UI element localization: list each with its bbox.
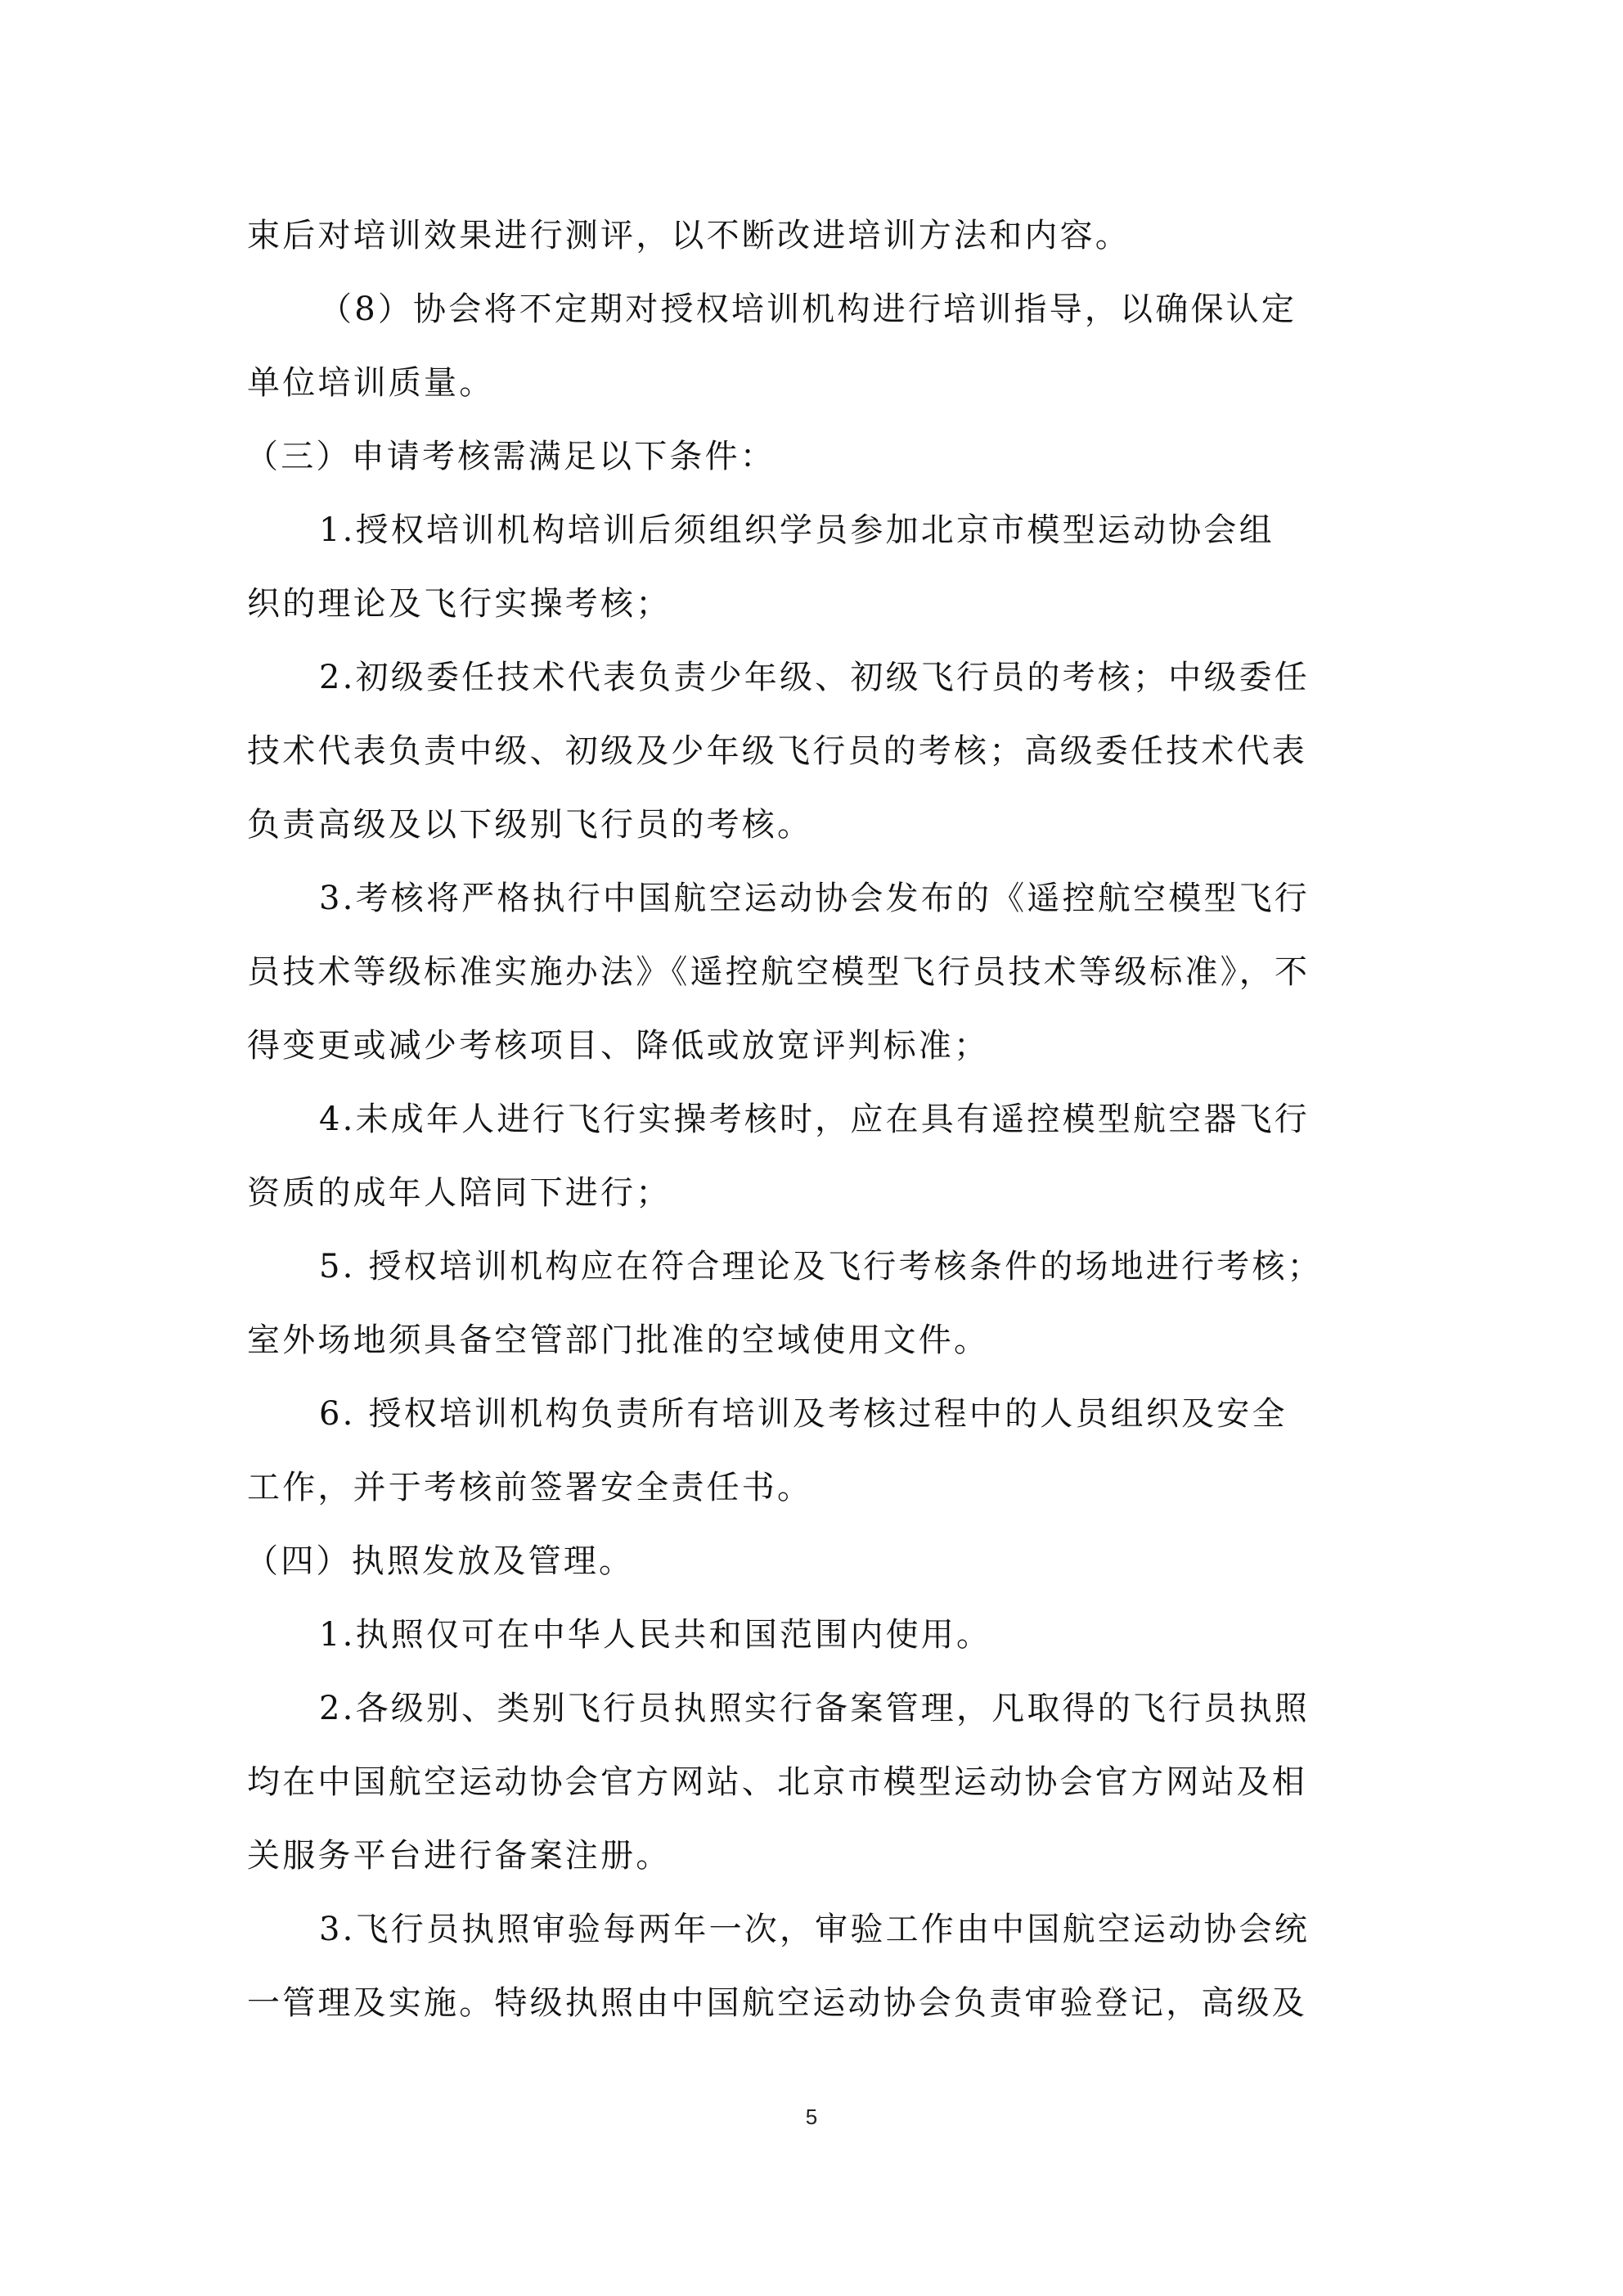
paragraph-line: 6. 授权培训机构负责所有培训及考核过程中的人员组织及安全	[319, 1389, 1392, 1438]
paragraph-line: 3.考核将严格执行中国航空运动协会发布的《遥控航空模型飞行	[319, 874, 1392, 923]
paragraph-line: 关服务平台进行备案注册。	[247, 1831, 1392, 1880]
paragraph-line: 技术代表负责中级、初级及少年级飞行员的考核；高级委任技术代表	[247, 727, 1392, 776]
paragraph-line: 工作，并于考核前签署安全责任书。	[247, 1463, 1392, 1512]
paragraph-line: 1.执照仅可在中华人民共和国范围内使用。	[319, 1610, 1392, 1659]
paragraph-line: （8）协会将不定期对授权培训机构进行培训指导，以确保认定	[319, 285, 1392, 334]
paragraph-line: 室外场地须具备空管部门批准的空域使用文件。	[247, 1316, 1392, 1365]
paragraph-line: 员技术等级标准实施办法》《遥控航空模型飞行员技术等级标准》，不	[247, 948, 1392, 997]
paragraph-line: 束后对培训效果进行测评，以不断改进培训方法和内容。	[247, 211, 1392, 260]
paragraph-line: 1.授权培训机构培训后须组织学员参加北京市模型运动协会组	[319, 506, 1392, 555]
page-number: 5	[0, 2105, 1623, 2129]
section-heading: （三）申请考核需满足以下条件：	[245, 432, 1391, 481]
paragraph-line: 均在中国航空运动协会官方网站、北京市模型运动协会官方网站及相	[247, 1758, 1392, 1807]
paragraph-line: 负责高级及以下级别飞行员的考核。	[247, 800, 1392, 849]
paragraph-line: 2.各级别、类别飞行员执照实行备案管理，凡取得的飞行员执照	[319, 1684, 1392, 1733]
paragraph-line: 3.飞行员执照审验每两年一次，审验工作由中国航空运动协会统	[319, 1905, 1392, 1954]
paragraph-line: 单位培训质量。	[247, 358, 1392, 407]
section-heading: （四）执照发放及管理。	[245, 1537, 1391, 1586]
paragraph-line: 5. 授权培训机构应在符合理论及飞行考核条件的场地进行考核；	[319, 1242, 1392, 1291]
paragraph-line: 一管理及实施。特级执照由中国航空运动协会负责审验登记，高级及	[247, 1979, 1392, 2028]
paragraph-line: 4.未成年人进行飞行实操考核时，应在具有遥控模型航空器飞行	[319, 1095, 1392, 1144]
paragraph-line: 得变更或减少考核项目、降低或放宽评判标准；	[247, 1021, 1392, 1070]
paragraph-line: 资质的成年人陪同下进行；	[247, 1168, 1392, 1218]
paragraph-line: 织的理论及飞行实操考核；	[247, 579, 1392, 628]
document-page: 束后对培训效果进行测评，以不断改进培训方法和内容。 （8）协会将不定期对授权培训…	[0, 0, 1623, 2296]
paragraph-line: 2.初级委任技术代表负责少年级、初级飞行员的考核；中级委任	[319, 653, 1392, 702]
